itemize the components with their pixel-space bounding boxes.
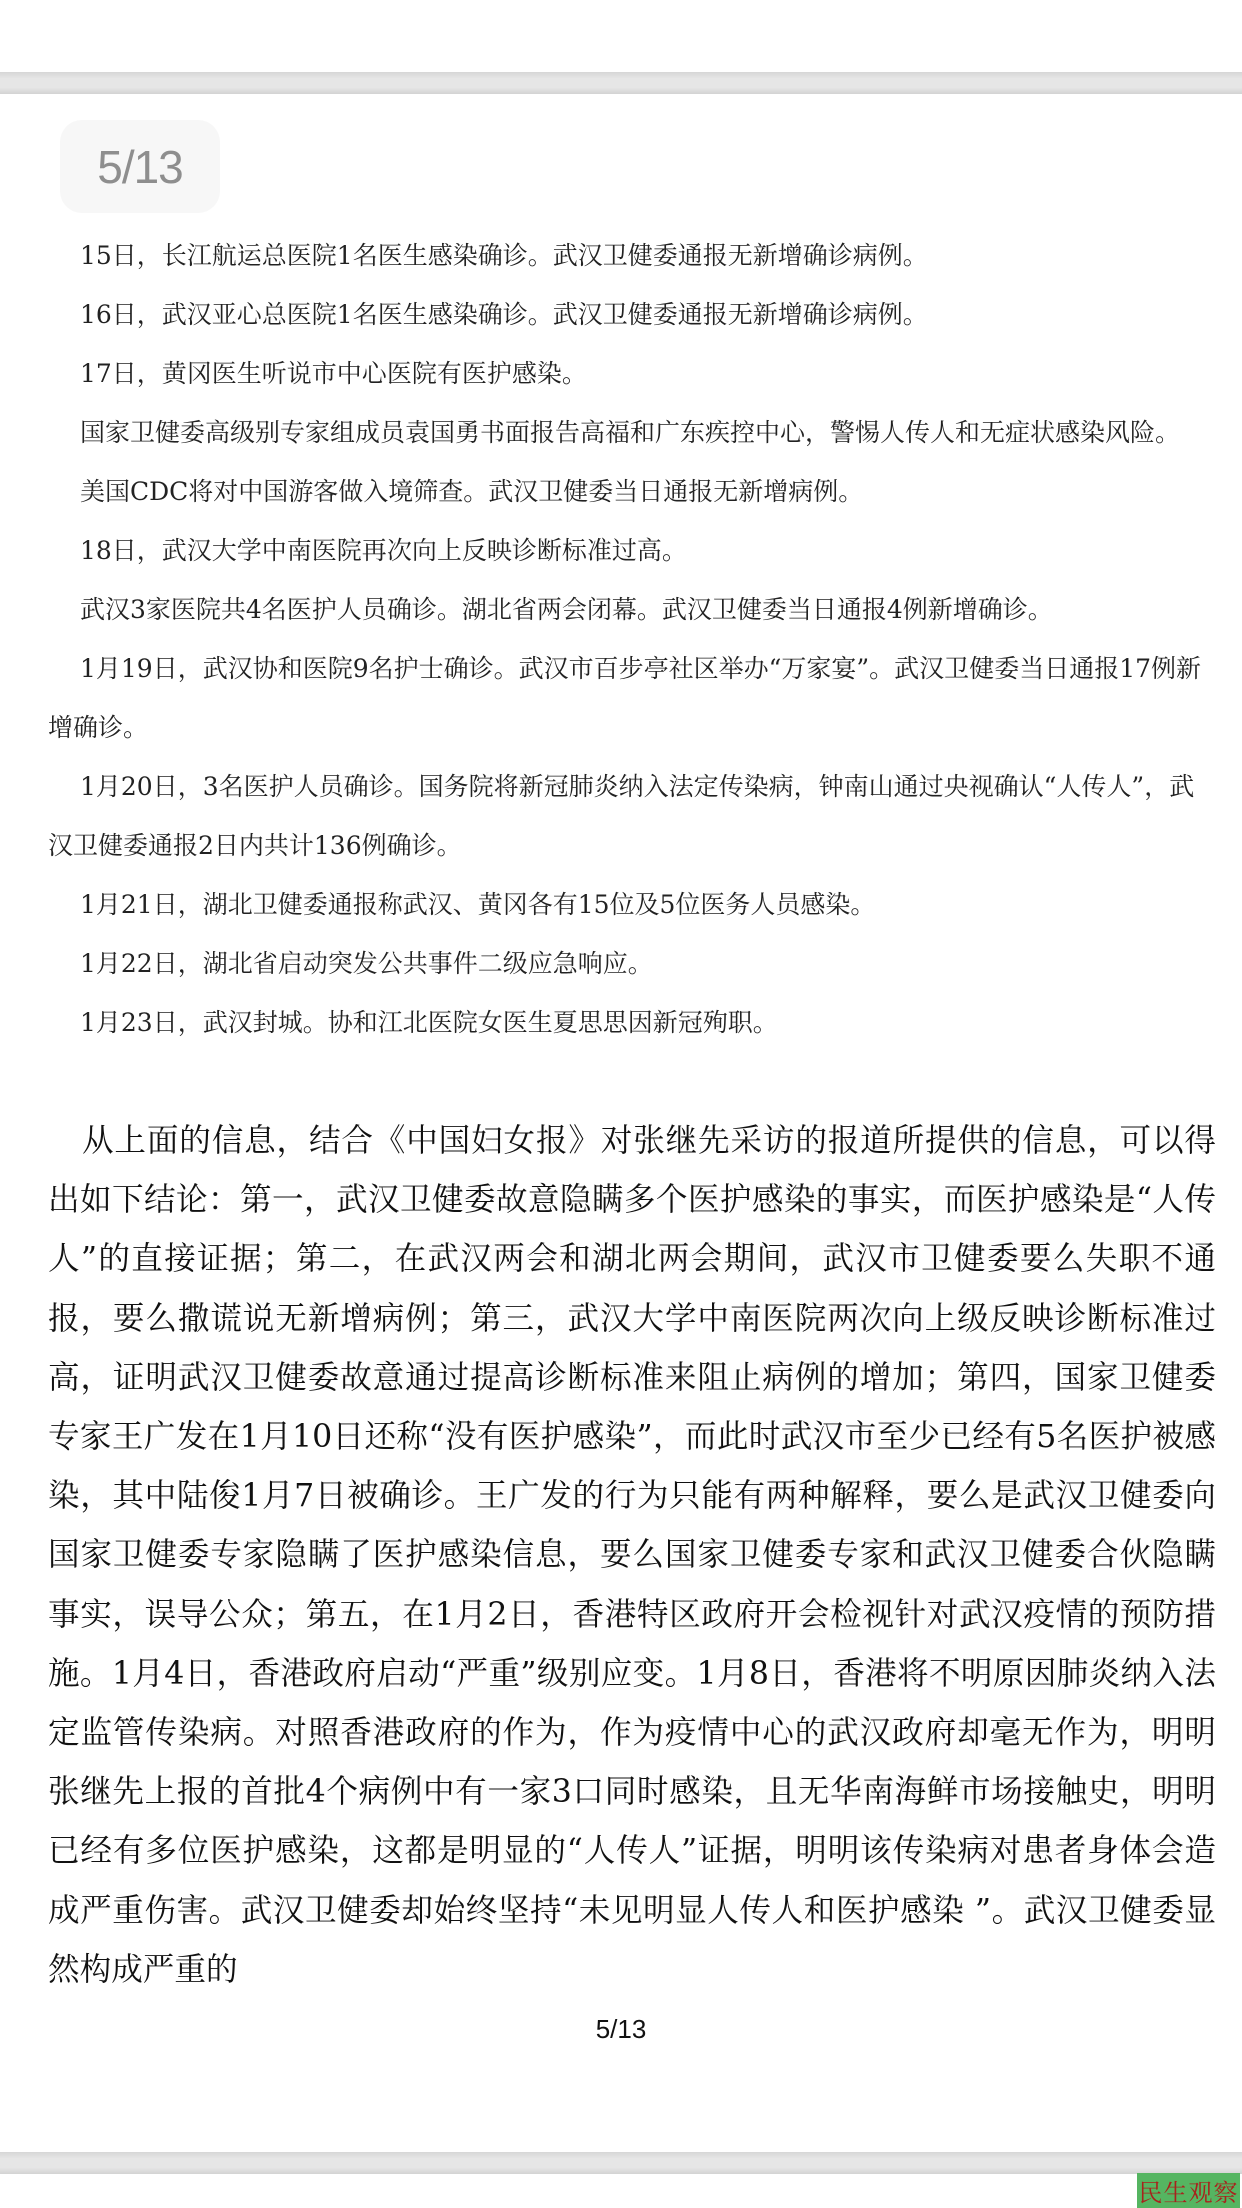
timeline-entry: 1月19日，武汉协和医院9名护士确诊。武汉市百步亭社区举办“万家宴”。武汉卫健委…: [48, 639, 1218, 757]
timeline-entry: 1月20日，3名医护人员确诊。国务院将新冠肺炎纳入法定传染病，钟南山通过央视确认…: [48, 757, 1218, 875]
page-separator-top: [0, 72, 1242, 94]
timeline-entry: 18日，武汉大学中南医院再次向上反映诊断标准过高。: [48, 521, 1218, 580]
timeline-entry: 17日，黄冈医生听说市中心医院有医护感染。: [48, 344, 1218, 403]
timeline-entry: 美国CDC将对中国游客做入境筛查。武汉卫健委当日通报无新增病例。: [48, 462, 1218, 521]
top-blank-area: [0, 0, 1242, 72]
timeline-entry: 15日，长江航运总医院1名医生感染确诊。武汉卫健委通报无新增确诊病例。: [48, 226, 1218, 285]
timeline-entry: 1月23日，武汉封城。协和江北医院女医生夏思思因新冠殉职。: [48, 993, 1218, 1052]
timeline-entry: 武汉3家医院共4名医护人员确诊。湖北省两会闭幕。武汉卫健委当日通报4例新增确诊。: [48, 580, 1218, 639]
footer-page-number: 5/13: [0, 2014, 1242, 2045]
timeline-section: 15日，长江航运总医院1名医生感染确诊。武汉卫健委通报无新增确诊病例。 16日，…: [48, 226, 1218, 1052]
conclusion-paragraph: 从上面的信息，结合《中国妇女报》对张继先采访的报道所提供的信息，可以得出如下结论…: [48, 1112, 1216, 2000]
timeline-entry: 16日，武汉亚心总医院1名医生感染确诊。武汉卫健委通报无新增确诊病例。: [48, 285, 1218, 344]
timeline-entry: 1月21日，湖北卫健委通报称武汉、黄冈各有15位及5位医务人员感染。: [48, 875, 1218, 934]
timeline-entry: 国家卫健委高级别专家组成员袁国勇书面报告高福和广东疾控中心，警惕人传人和无症状感…: [48, 403, 1218, 462]
page-indicator-badge: 5/13: [60, 120, 220, 213]
watermark-label: 民生观察: [1137, 2173, 1240, 2208]
conclusion-section: 从上面的信息，结合《中国妇女报》对张继先采访的报道所提供的信息，可以得出如下结论…: [48, 1112, 1216, 2000]
page-separator-bottom: [0, 2152, 1242, 2174]
timeline-entry: 1月22日，湖北省启动突发公共事件二级应急响应。: [48, 934, 1218, 993]
